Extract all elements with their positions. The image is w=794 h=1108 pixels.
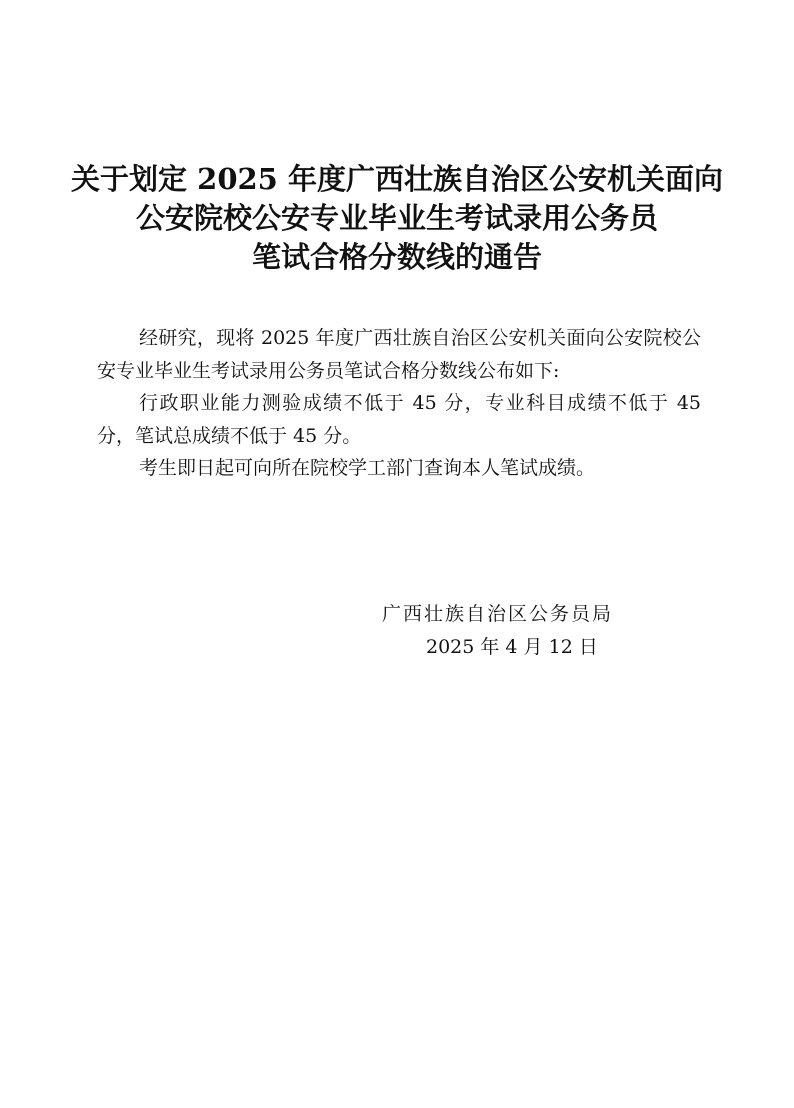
document-body: 经研究，现将 2025 年度广西壮族自治区公安机关面向公安院校公安专业毕业生考试…	[97, 322, 701, 485]
paragraph-announcement: 经研究，现将 2025 年度广西壮族自治区公安机关面向公安院校公安专业毕业生考试…	[97, 322, 701, 387]
document-title: 关于划定 2025 年度广西壮族自治区公安机关面向 公安院校公安专业毕业生考试录…	[0, 160, 794, 277]
document-page: 关于划定 2025 年度广西壮族自治区公安机关面向 公安院校公安专业毕业生考试录…	[0, 0, 794, 1108]
title-line-3: 笔试合格分数线的通告	[0, 238, 794, 277]
paragraph-score-inquiry: 考生即日起可向所在院校学工部门查询本人笔试成绩。	[97, 452, 701, 485]
title-line-1: 关于划定 2025 年度广西壮族自治区公安机关面向	[0, 160, 794, 199]
issuing-organization: 广西壮族自治区公务员局	[382, 598, 613, 631]
paragraph-score-thresholds: 行政职业能力测验成绩不低于 45 分，专业科目成绩不低于 45 分，笔试总成绩不…	[97, 387, 701, 452]
issue-date: 2025 年 4 月 12 日	[426, 631, 598, 664]
title-line-2: 公安院校公安专业毕业生考试录用公务员	[0, 199, 794, 238]
